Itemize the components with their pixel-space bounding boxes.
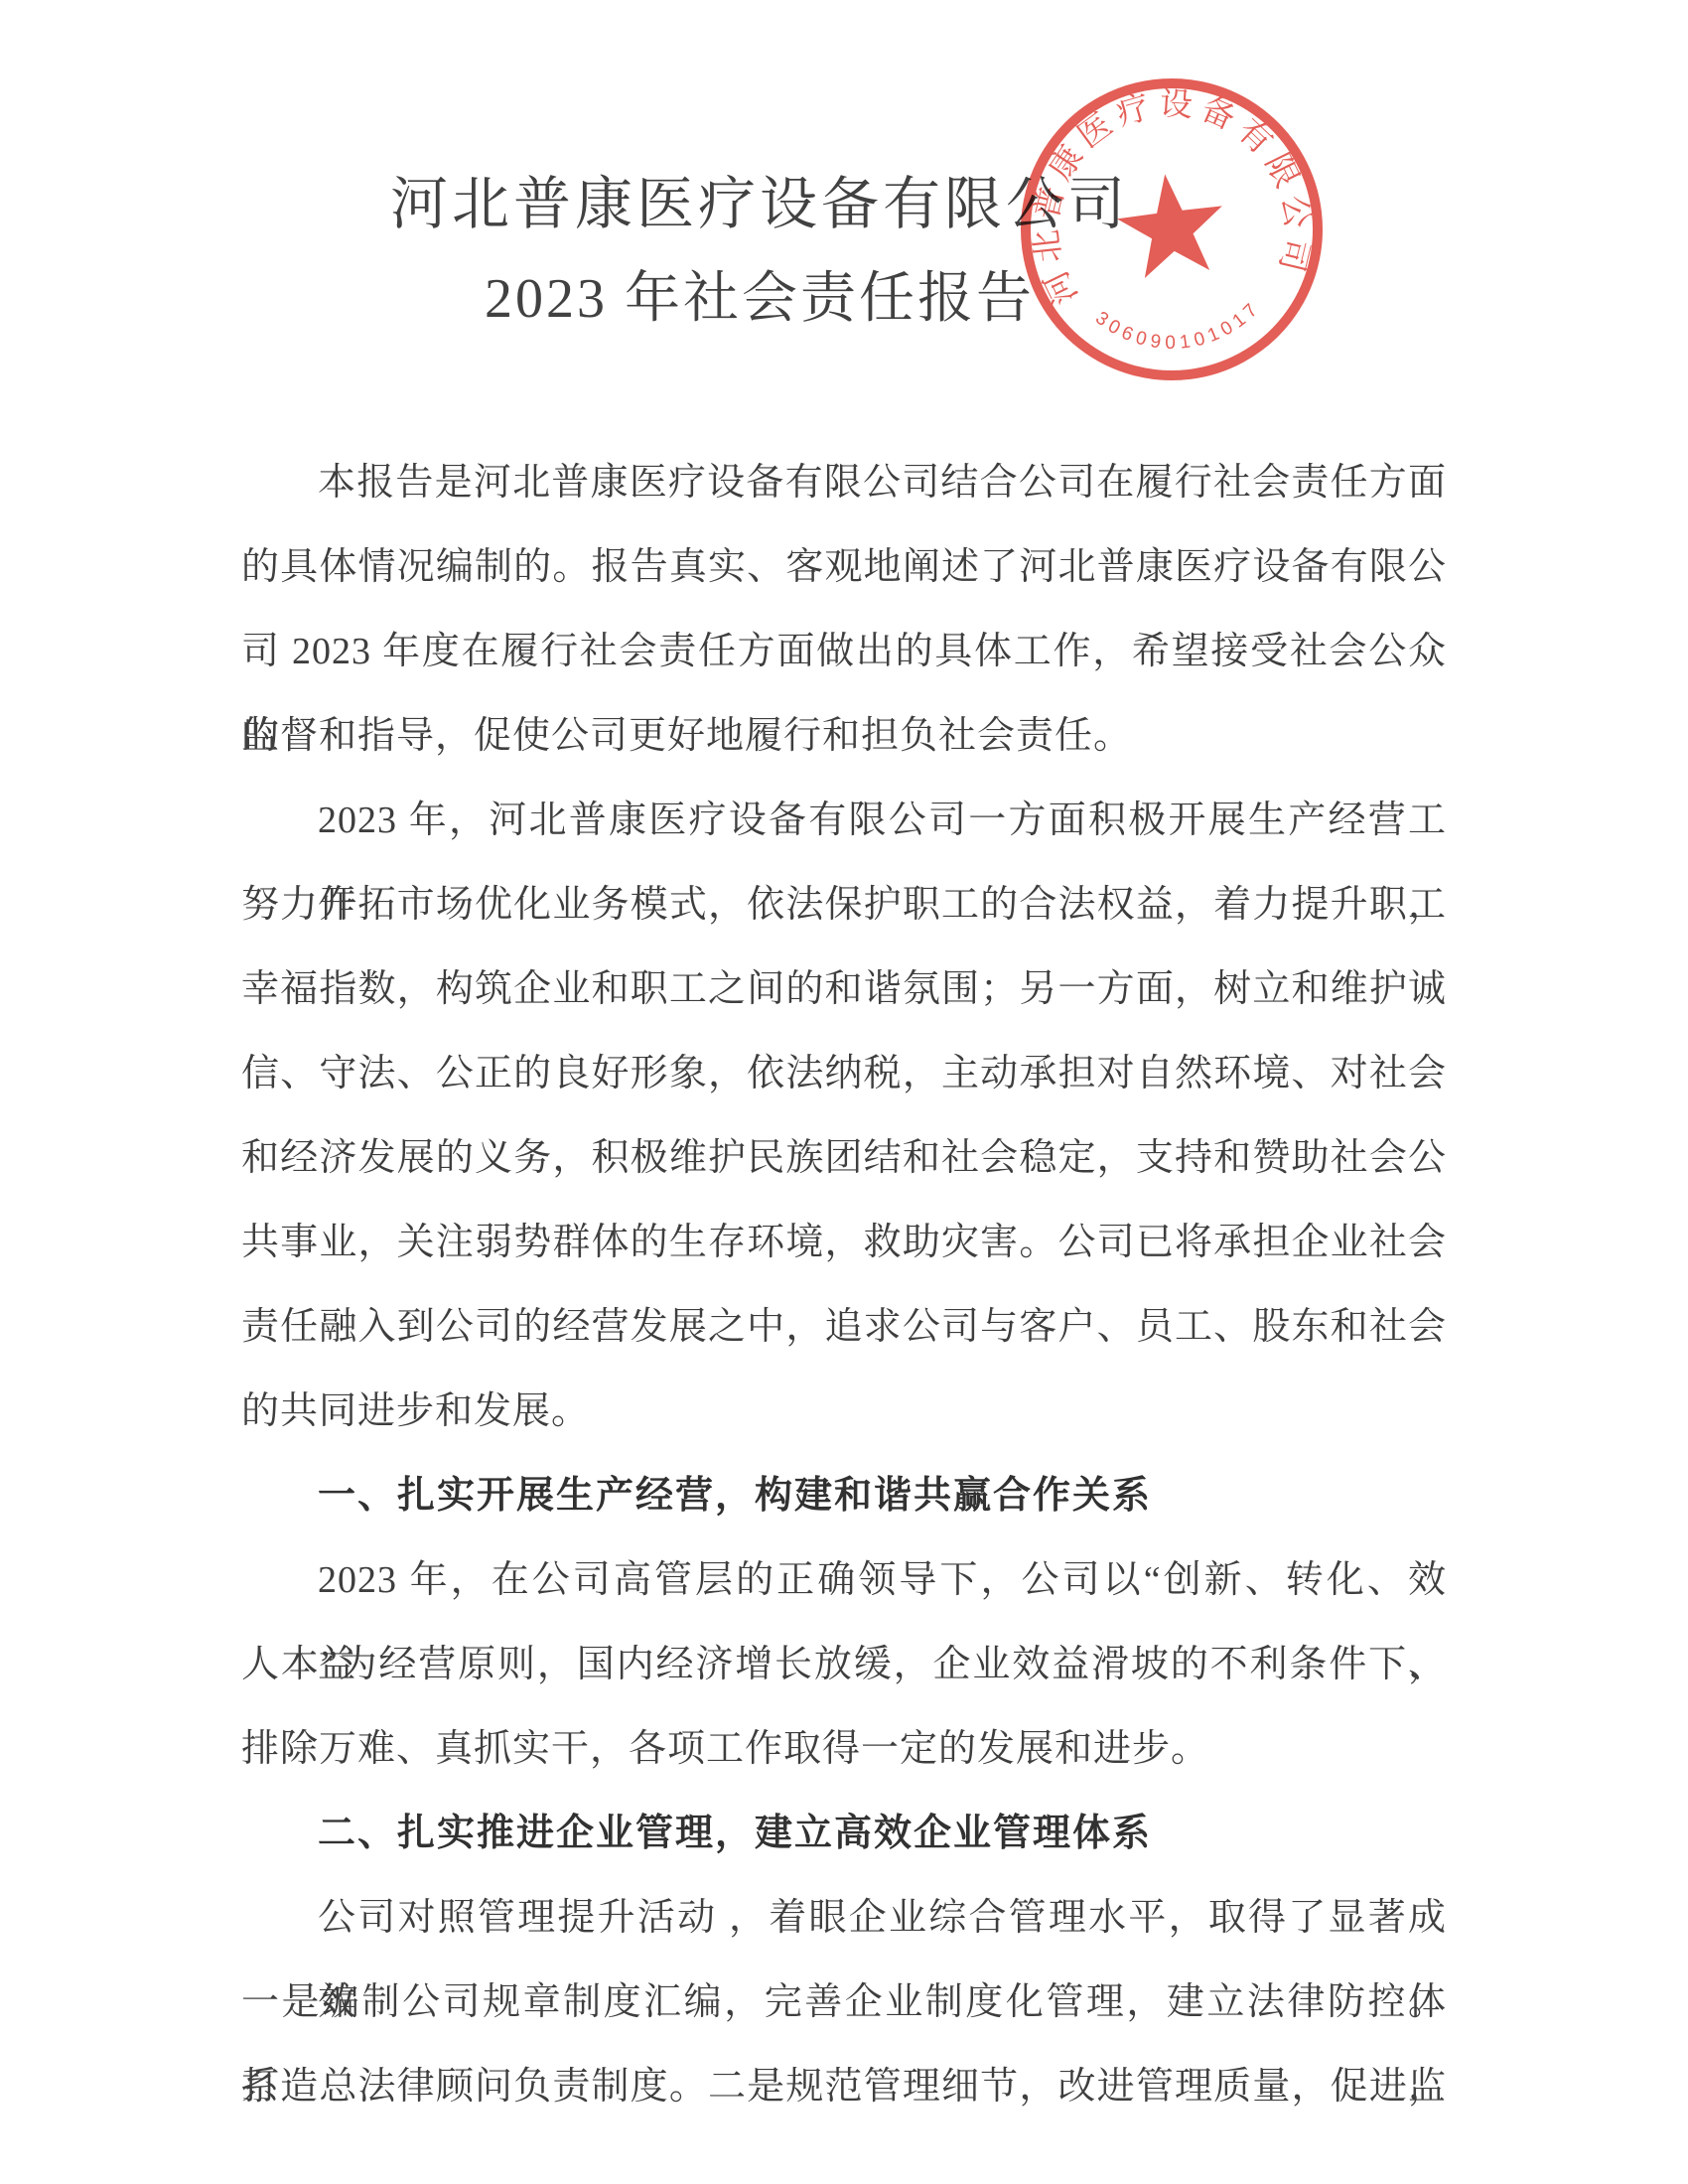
body-line: 责任融入到公司的经营发展之中，追求公司与客户、员工、股东和社会 (241, 1285, 1447, 1370)
body-line: 2023 年，在公司高管层的正确领导下，公司以“创新、转化、效益、 (241, 1538, 1447, 1623)
body-line: 的共同进步和发展。 (241, 1370, 1447, 1454)
body-line: 公司对照管理提升活动 ，着眼企业综合管理水平，取得了显著成效。 (241, 1876, 1447, 1961)
body-line: 排除万难、真抓实干，各项工作取得一定的发展和进步。 (241, 1707, 1447, 1792)
body-line: 2023 年，河北普康医疗设备有限公司一方面积极开展生产经营工作， (241, 779, 1447, 863)
body-line: 幸福指数，构筑企业和职工之间的和谐氛围；另一方面，树立和维护诚 (241, 947, 1447, 1032)
body-line: 打造总法律顾问负责制度。二是规范管理细节，改进管理质量，促进监 (241, 2045, 1447, 2129)
document-title-company: 河北普康医疗设备有限公司 (157, 169, 1362, 240)
body-line: 努力开拓市场优化业务模式，依法保护职工的合法权益，着力提升职工 (241, 863, 1447, 947)
document-title-report: 2023 年社会责任报告 (157, 264, 1362, 334)
body-line: 一、扎实开展生产经营，构建和谐共赢合作关系 (241, 1454, 1447, 1538)
document-title: 河北普康医疗设备有限公司 2023 年社会责任报告 (157, 169, 1362, 334)
body-line: 和经济发展的义务，积极维护民族团结和社会稳定，支持和赞助社会公 (241, 1116, 1447, 1201)
document-body: 本报告是河北普康医疗设备有限公司结合公司在履行社会责任方面的具体情况编制的。报告… (241, 441, 1447, 2129)
body-line: 共事业，关注弱势群体的生存环境，救助灾害。公司已将承担企业社会 (241, 1201, 1447, 1285)
body-line: 人本”为经营原则，国内经济增长放缓，企业效益滑坡的不利条件下， (241, 1623, 1447, 1707)
scanned-document-page: 河北普康医疗设备有限公司 2023 年社会责任报告 河北普康医疗设备有限公司 3… (0, 0, 1688, 2184)
body-line: 的具体情况编制的。报告真实、客观地阐述了河北普康医疗设备有限公 (241, 525, 1447, 610)
body-line: 一是编制公司规章制度汇编，完善企业制度化管理，建立法律防控体系， (241, 1961, 1447, 2045)
body-line: 二、扎实推进企业管理，建立高效企业管理体系 (241, 1792, 1447, 1876)
body-line: 司 2023 年度在履行社会责任方面做出的具体工作，希望接受社会公众的 (241, 610, 1447, 694)
body-line: 监督和指导，促使公司更好地履行和担负社会责任。 (241, 694, 1447, 779)
body-line: 本报告是河北普康医疗设备有限公司结合公司在履行社会责任方面 (241, 441, 1447, 525)
body-line: 信、守法、公正的良好形象，依法纳税，主动承担对自然环境、对社会 (241, 1032, 1447, 1116)
